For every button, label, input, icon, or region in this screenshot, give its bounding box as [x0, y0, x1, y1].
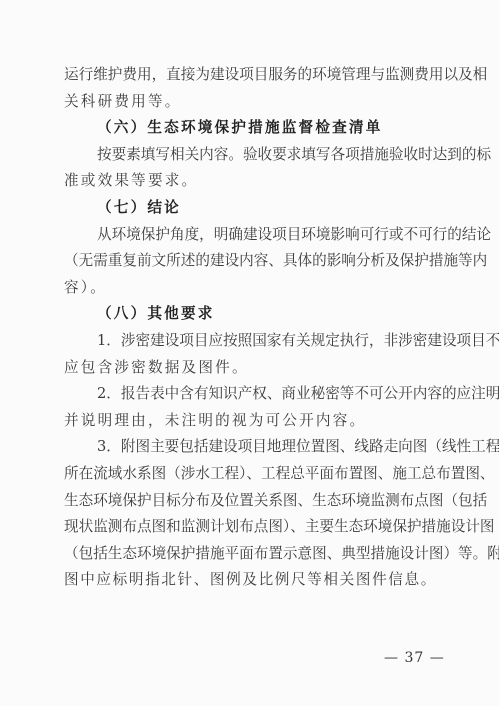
text-line: 关科研费用等。: [64, 89, 437, 116]
text-line: 从环境保护角度，明确建设项目环境影响可行或不可行的结论: [64, 222, 437, 249]
text-line: 1．涉密建设项目应按照国家有关规定执行，非涉密建设项目不: [64, 328, 437, 355]
text-line: 并说明理由，未注明的视为可公开内容。: [64, 408, 437, 435]
text-line: 3．附图主要包括建设项目地理位置图、线路走向图（线性工程）、: [64, 434, 437, 461]
text-line: 按要素填写相关内容。验收要求填写各项措施验收时达到的标: [64, 142, 437, 169]
text-line: 现状监测布点图和监测计划布点图）、主要生态环境保护措施设计图: [64, 514, 437, 541]
text-line: 生态环境保护目标分布及位置关系图、生态环境监测布点图（包括: [64, 488, 437, 515]
text-line: （无需重复前文所述的建设内容、具体的影响分析及保护措施等内: [64, 248, 437, 275]
text-line: 容）。: [64, 275, 437, 302]
text-line: 应包含涉密数据及图件。: [64, 355, 437, 382]
section-heading: （六）生态环境保护措施监督检查清单: [64, 115, 437, 142]
document-page: 运行维护费用，直接为建设项目服务的环境管理与监测费用以及相关科研费用等。（六）生…: [64, 62, 437, 594]
page-number: — 37 —: [384, 650, 445, 666]
text-line: 运行维护费用，直接为建设项目服务的环境管理与监测费用以及相: [64, 62, 437, 89]
text-line: 图中应标明指北针、图例及比例尺等相关图件信息。: [64, 567, 437, 594]
text-line: 准或效果等要求。: [64, 168, 437, 195]
text-line: 2．报告表中含有知识产权、商业秘密等不可公开内容的应注明: [64, 381, 437, 408]
section-heading: （八）其他要求: [64, 301, 437, 328]
text-line: （包括生态环境保护措施平面布置示意图、典型措施设计图）等。附: [64, 541, 437, 568]
section-heading: （七）结论: [64, 195, 437, 222]
text-line: 所在流域水系图（涉水工程）、工程总平面布置图、施工总布置图、: [64, 461, 437, 488]
